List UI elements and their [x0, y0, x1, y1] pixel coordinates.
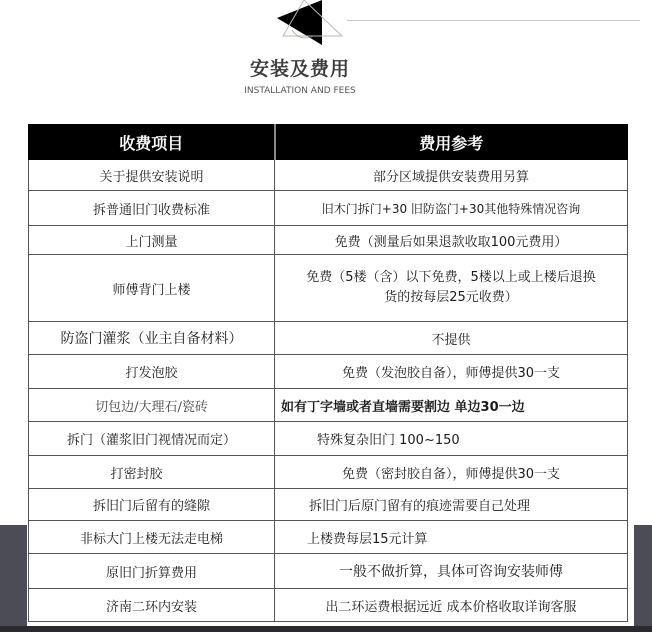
item-cell: 拆门（灌浆旧门视情况而定） [29, 422, 275, 456]
table-row: 打发泡胶 免费（发泡胶自备），师傅提供30一支 [29, 355, 628, 389]
fee-cell: 免费（密封胶自备），师傅提供30一支 [275, 456, 628, 489]
fee-cell: 免费（测量后如果退款收取100元费用） [275, 226, 628, 255]
item-cell: 上门测量 [29, 226, 275, 255]
dark-background-right [634, 525, 652, 626]
table-row: 拆旧门后留有的缝隙 拆旧门后原门留有的痕迹需要自己处理 [29, 489, 628, 521]
table-row: 非标大门上楼无法走电梯 上楼费每层15元计算 [29, 521, 628, 554]
table-row: 防盗门灌浆（业主自备材料） 不提供 [29, 322, 628, 355]
fee-cell: 部分区域提供安装费用另算 [275, 160, 628, 191]
table-row: 济南二环内安装 出二环运费根据远近 成本价格收取详询客服 [29, 589, 628, 622]
item-cell: 原旧门折算费用 [29, 554, 275, 589]
item-cell: 师傅背门上楼 [29, 255, 275, 322]
fee-cell: 免费（发泡胶自备），师傅提供30一支 [275, 355, 628, 389]
item-cell: 关于提供安装说明 [29, 160, 275, 191]
fee-cell: 旧木门拆门+30 旧防盗门+30其他特殊情况咨询 [275, 191, 628, 226]
fee-cell: 免费（5楼（含）以下免费，5楼以上或上楼后退换货的按每层25元收费） [275, 255, 628, 322]
item-cell: 非标大门上楼无法走电梯 [29, 521, 275, 554]
section-title: 安装及费用 INSTALLATION AND FEES [230, 56, 370, 96]
item-cell: 拆普通旧门收费标准 [29, 191, 275, 226]
title-chinese: 安装及费用 [230, 56, 370, 82]
column-header-item: 收费项目 [29, 125, 275, 160]
title-english: INSTALLATION AND FEES [230, 86, 370, 96]
table-row: 拆普通旧门收费标准 旧木门拆门+30 旧防盗门+30其他特殊情况咨询 [29, 191, 628, 226]
fee-cell: 不提供 [275, 322, 628, 355]
item-cell: 拆旧门后留有的缝隙 [29, 489, 275, 521]
table-header-row: 收费项目 费用参考 [29, 125, 628, 160]
item-cell: 打密封胶 [29, 456, 275, 489]
fee-cell: 特殊复杂旧门 100~150 [275, 422, 628, 456]
header-divider-line [347, 20, 640, 21]
fee-cell: 出二环运费根据远近 成本价格收取详询客服 [275, 589, 628, 622]
fee-cell: 一般不做折算，具体可咨询安装师傅 [275, 554, 628, 589]
dark-background-bottom [0, 626, 652, 632]
table-row: 打密封胶 免费（密封胶自备），师傅提供30一支 [29, 456, 628, 489]
table-row: 关于提供安装说明 部分区域提供安装费用另算 [29, 160, 628, 191]
table-row: 切包边/大理石/瓷砖 如有丁字墙或者直墙需要割边 单边30一边 [29, 389, 628, 422]
triangle-logo-icon [270, 0, 350, 50]
table-row: 上门测量 免费（测量后如果退款收取100元费用） [29, 226, 628, 255]
item-cell: 切包边/大理石/瓷砖 [29, 389, 275, 422]
dark-background-left [0, 525, 27, 626]
item-cell: 防盗门灌浆（业主自备材料） [29, 322, 275, 355]
table-row: 原旧门折算费用 一般不做折算，具体可咨询安装师傅 [29, 554, 628, 589]
column-header-fee: 费用参考 [275, 125, 628, 160]
table-row: 师傅背门上楼 免费（5楼（含）以下免费，5楼以上或上楼后退换货的按每层25元收费… [29, 255, 628, 322]
fee-cell: 上楼费每层15元计算 [275, 521, 628, 554]
fee-cell: 如有丁字墙或者直墙需要割边 单边30一边 [275, 389, 628, 422]
item-cell: 打发泡胶 [29, 355, 275, 389]
fees-table: 收费项目 费用参考 关于提供安装说明 部分区域提供安装费用另算 拆普通旧门收费标… [28, 124, 628, 622]
item-cell: 济南二环内安装 [29, 589, 275, 622]
table-row: 拆门（灌浆旧门视情况而定） 特殊复杂旧门 100~150 [29, 422, 628, 456]
fee-cell: 拆旧门后原门留有的痕迹需要自己处理 [275, 489, 628, 521]
